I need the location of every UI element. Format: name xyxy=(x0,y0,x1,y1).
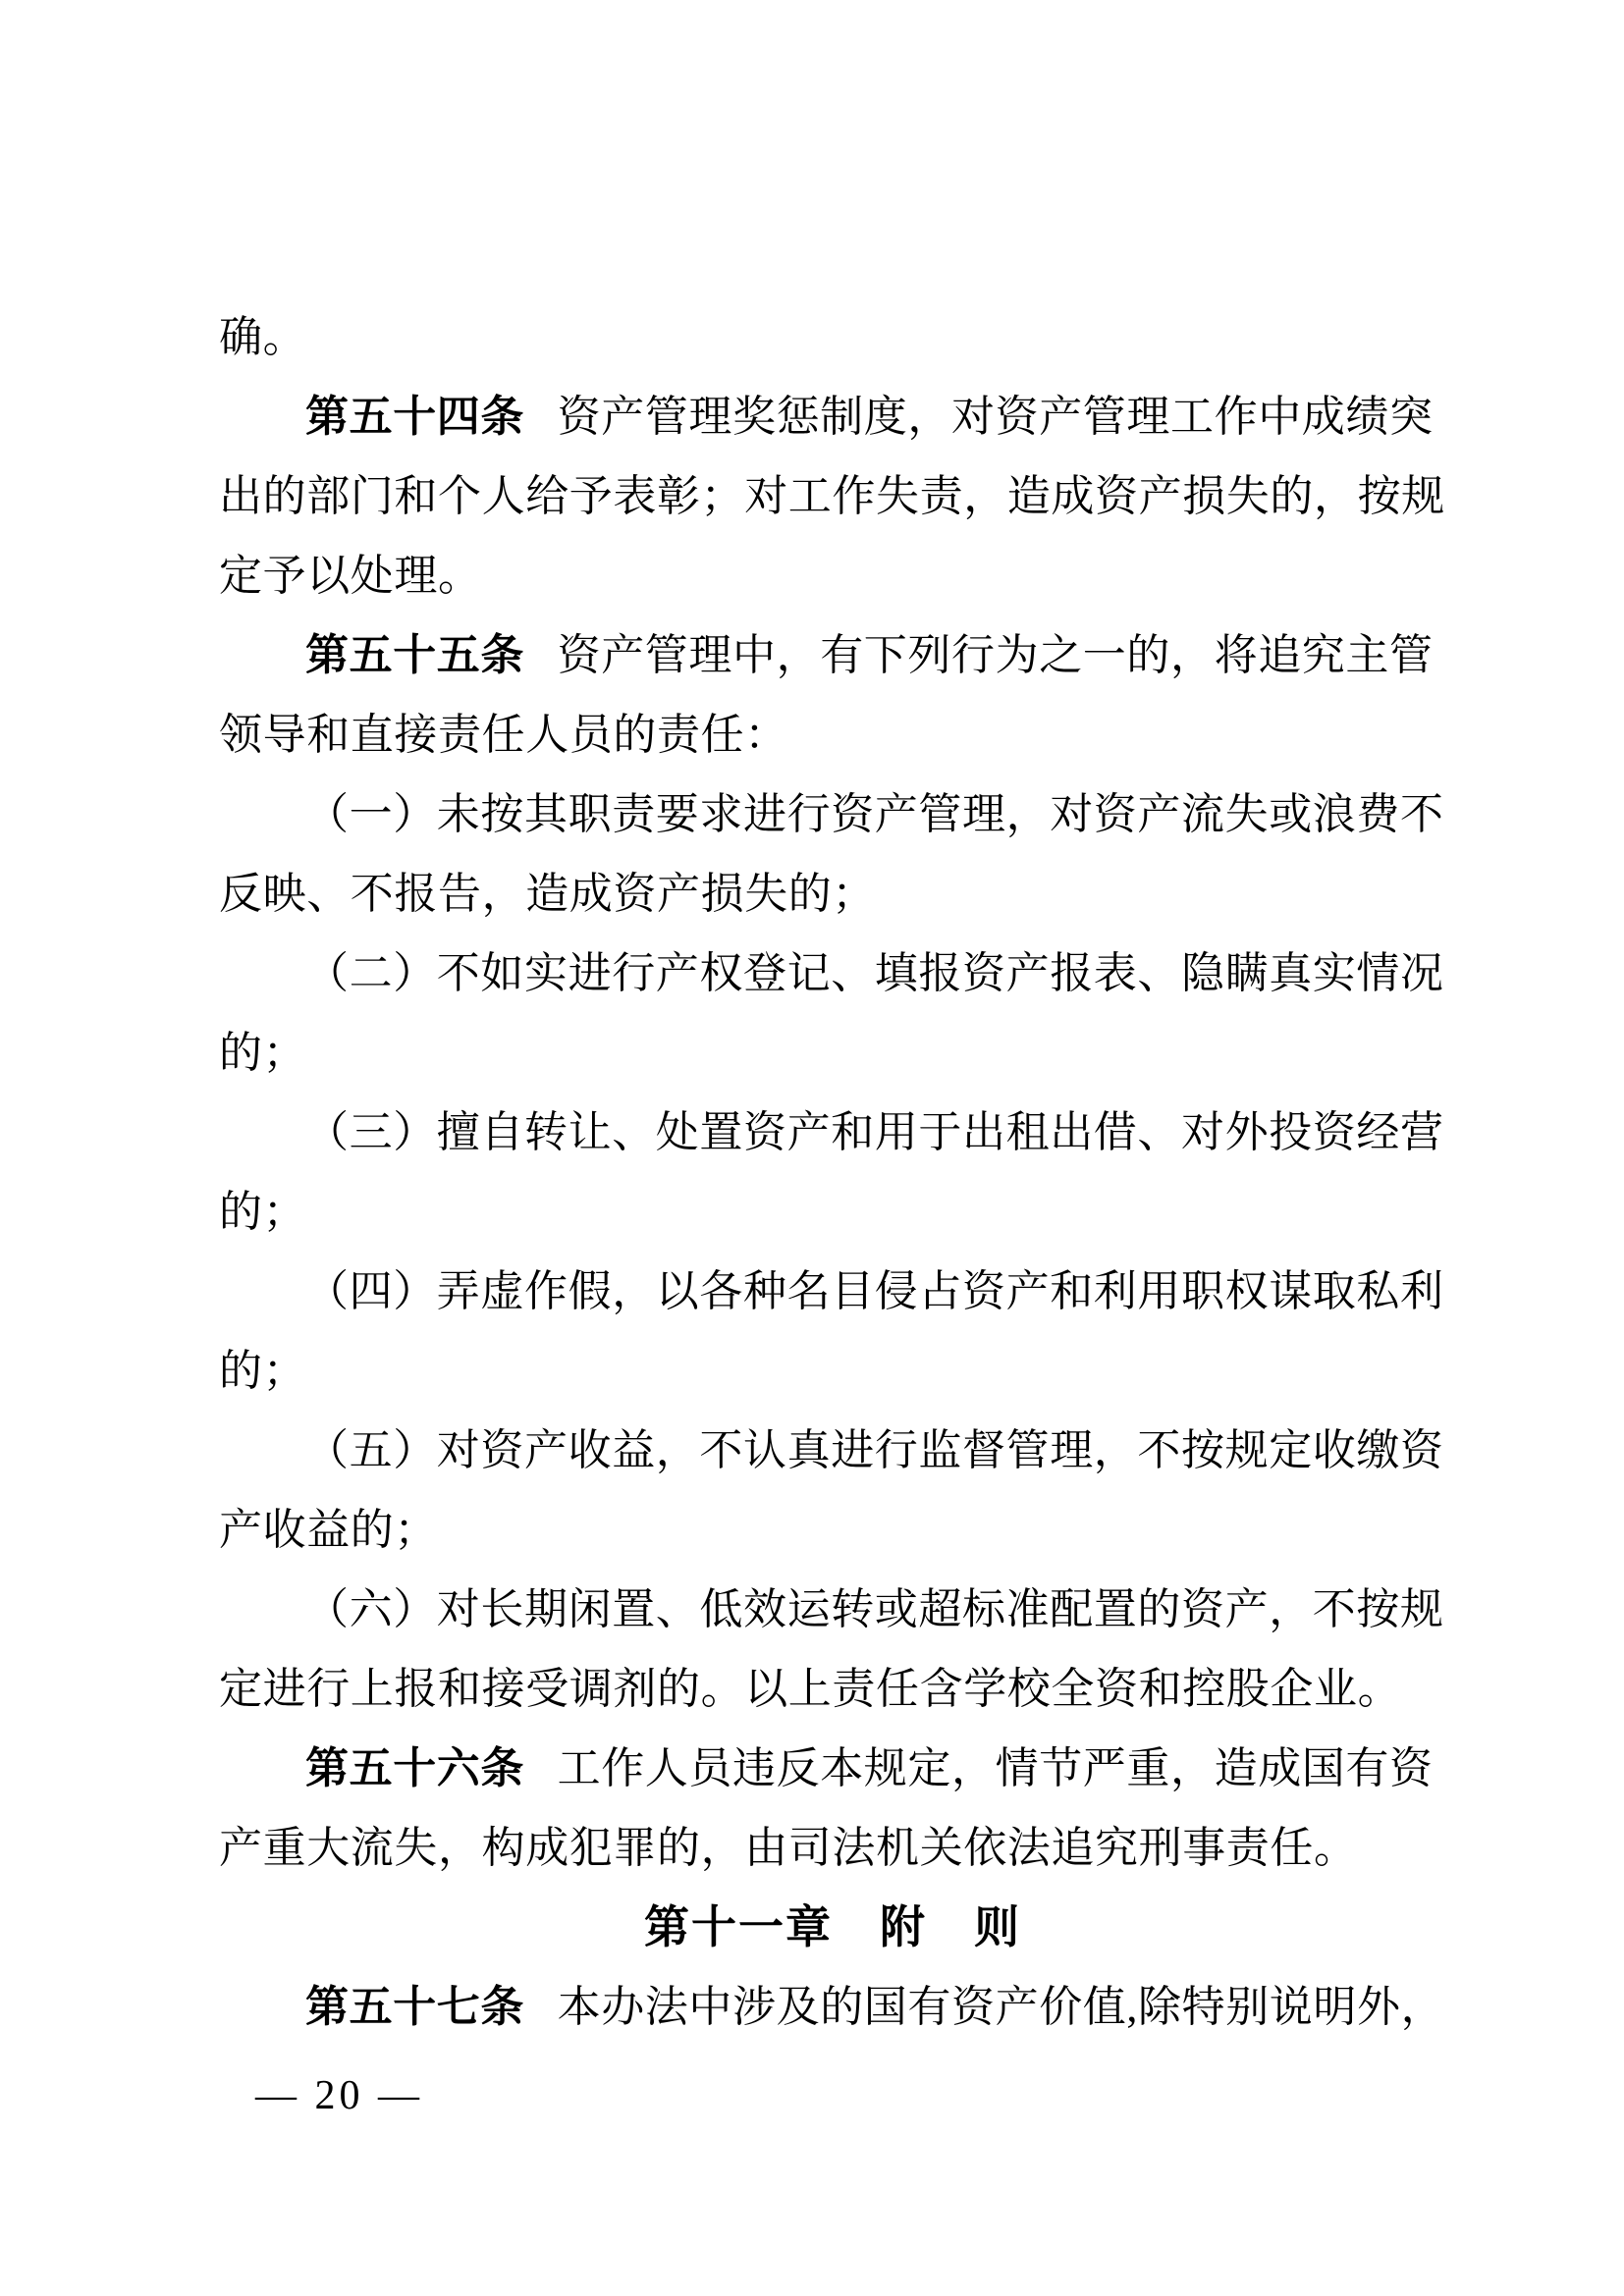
text-line: 第五十四条 资产管理奖惩制度，对资产管理工作中成绩突 xyxy=(219,377,1446,456)
line-text: （一）未按其职责要求进行资产管理，对资产流失或浪费不 xyxy=(305,790,1444,838)
text-line: （三）擅自转让、处置资产和用于出租出借、对外投资经营 xyxy=(219,1093,1446,1172)
text-line: 第五十五条 资产管理中，有下列行为之一的，将追究主管 xyxy=(219,615,1446,695)
line-text: 定予以处理。 xyxy=(219,552,482,600)
line-text: 领导和直接责任人员的责任： xyxy=(219,711,788,759)
text-line: 的； xyxy=(219,1013,1446,1093)
line-text: （三）擅自转让、处置资产和用于出租出借、对外投资经营 xyxy=(305,1108,1444,1156)
text-line: （一）未按其职责要求进行资产管理，对资产流失或浪费不 xyxy=(219,774,1446,854)
line-text: 资产管理奖惩制度，对资产管理工作中成绩突 xyxy=(558,393,1434,441)
text-line: 的； xyxy=(219,1172,1446,1252)
line-text: 确。 xyxy=(219,313,306,361)
line-text: 资产管理中，有下列行为之一的，将追究主管 xyxy=(558,631,1434,679)
article-number: 第五十六条 xyxy=(305,1744,524,1792)
text-line: （六）对长期闲置、低效运转或超标准配置的资产，不按规 xyxy=(219,1570,1446,1649)
line-text: 第十一章 附 则 xyxy=(644,1901,1021,1952)
line-text: 的； xyxy=(219,1347,306,1395)
text-line: （二）不如实进行产权登记、填报资产报表、隐瞒真实情况 xyxy=(219,934,1446,1013)
text-line: 第五十七条 本办法中涉及的国有资产价值,除特别说明外， xyxy=(219,1967,1446,2047)
line-text: （五）对资产收益，不认真进行监督管理，不按规定收缴资 xyxy=(305,1426,1444,1474)
line-text: 的； xyxy=(219,1029,306,1077)
text-line: （四）弄虚作假，以各种名目侵占资产和利用职权谋取私利 xyxy=(219,1252,1446,1331)
text-line: 定进行上报和接受调剂的。以上责任含学校全资和控股企业。 xyxy=(219,1649,1446,1729)
text-line: 定予以处理。 xyxy=(219,536,1446,615)
article-number: 第五十七条 xyxy=(305,1983,524,2031)
text-line: 反映、不报告，造成资产损失的； xyxy=(219,854,1446,934)
text-line: 第十一章 附 则 xyxy=(219,1888,1446,1967)
article-number: 第五十五条 xyxy=(305,631,524,679)
line-text: 产收益的； xyxy=(219,1506,438,1554)
line-text: 产重大流失，构成犯罪的，由司法机关依法追究刑事责任。 xyxy=(219,1824,1358,1872)
text-line: 第五十六条 工作人员违反本规定，情节严重，造成国有资 xyxy=(219,1729,1446,1808)
text-line: 产重大流失，构成犯罪的，由司法机关依法追究刑事责任。 xyxy=(219,1808,1446,1888)
text-line: 产收益的； xyxy=(219,1490,1446,1570)
line-text: （二）不如实进行产权登记、填报资产报表、隐瞒真实情况 xyxy=(305,949,1444,997)
line-text: 定进行上报和接受调剂的。以上责任含学校全资和控股企业。 xyxy=(219,1665,1401,1713)
document-page: 确。 第五十四条 资产管理奖惩制度，对资产管理工作中成绩突 出的部门和个人给予表… xyxy=(0,0,1624,2296)
line-text: 的； xyxy=(219,1188,306,1236)
line-text: 出的部门和个人给予表彰；对工作失责，造成资产损失的，按规 xyxy=(219,472,1445,520)
document-body: 确。 第五十四条 资产管理奖惩制度，对资产管理工作中成绩突 出的部门和个人给予表… xyxy=(219,297,1446,2047)
article-number: 第五十四条 xyxy=(305,393,524,441)
line-text: 本办法中涉及的国有资产价值,除特别说明外， xyxy=(558,1983,1445,2031)
page-number: — 20 — xyxy=(255,2073,423,2118)
line-text: （六）对长期闲置、低效运转或超标准配置的资产，不按规 xyxy=(305,1585,1444,1633)
text-line: 确。 xyxy=(219,297,1446,377)
line-text: 反映、不报告，造成资产损失的； xyxy=(219,870,876,918)
line-text: （四）弄虚作假，以各种名目侵占资产和利用职权谋取私利 xyxy=(305,1267,1444,1315)
line-text: 工作人员违反本规定，情节严重，造成国有资 xyxy=(558,1744,1434,1792)
text-line: 出的部门和个人给予表彰；对工作失责，造成资产损失的，按规 xyxy=(219,456,1446,536)
text-line: 的； xyxy=(219,1331,1446,1411)
text-line: 领导和直接责任人员的责任： xyxy=(219,695,1446,774)
text-line: （五）对资产收益，不认真进行监督管理，不按规定收缴资 xyxy=(219,1411,1446,1490)
